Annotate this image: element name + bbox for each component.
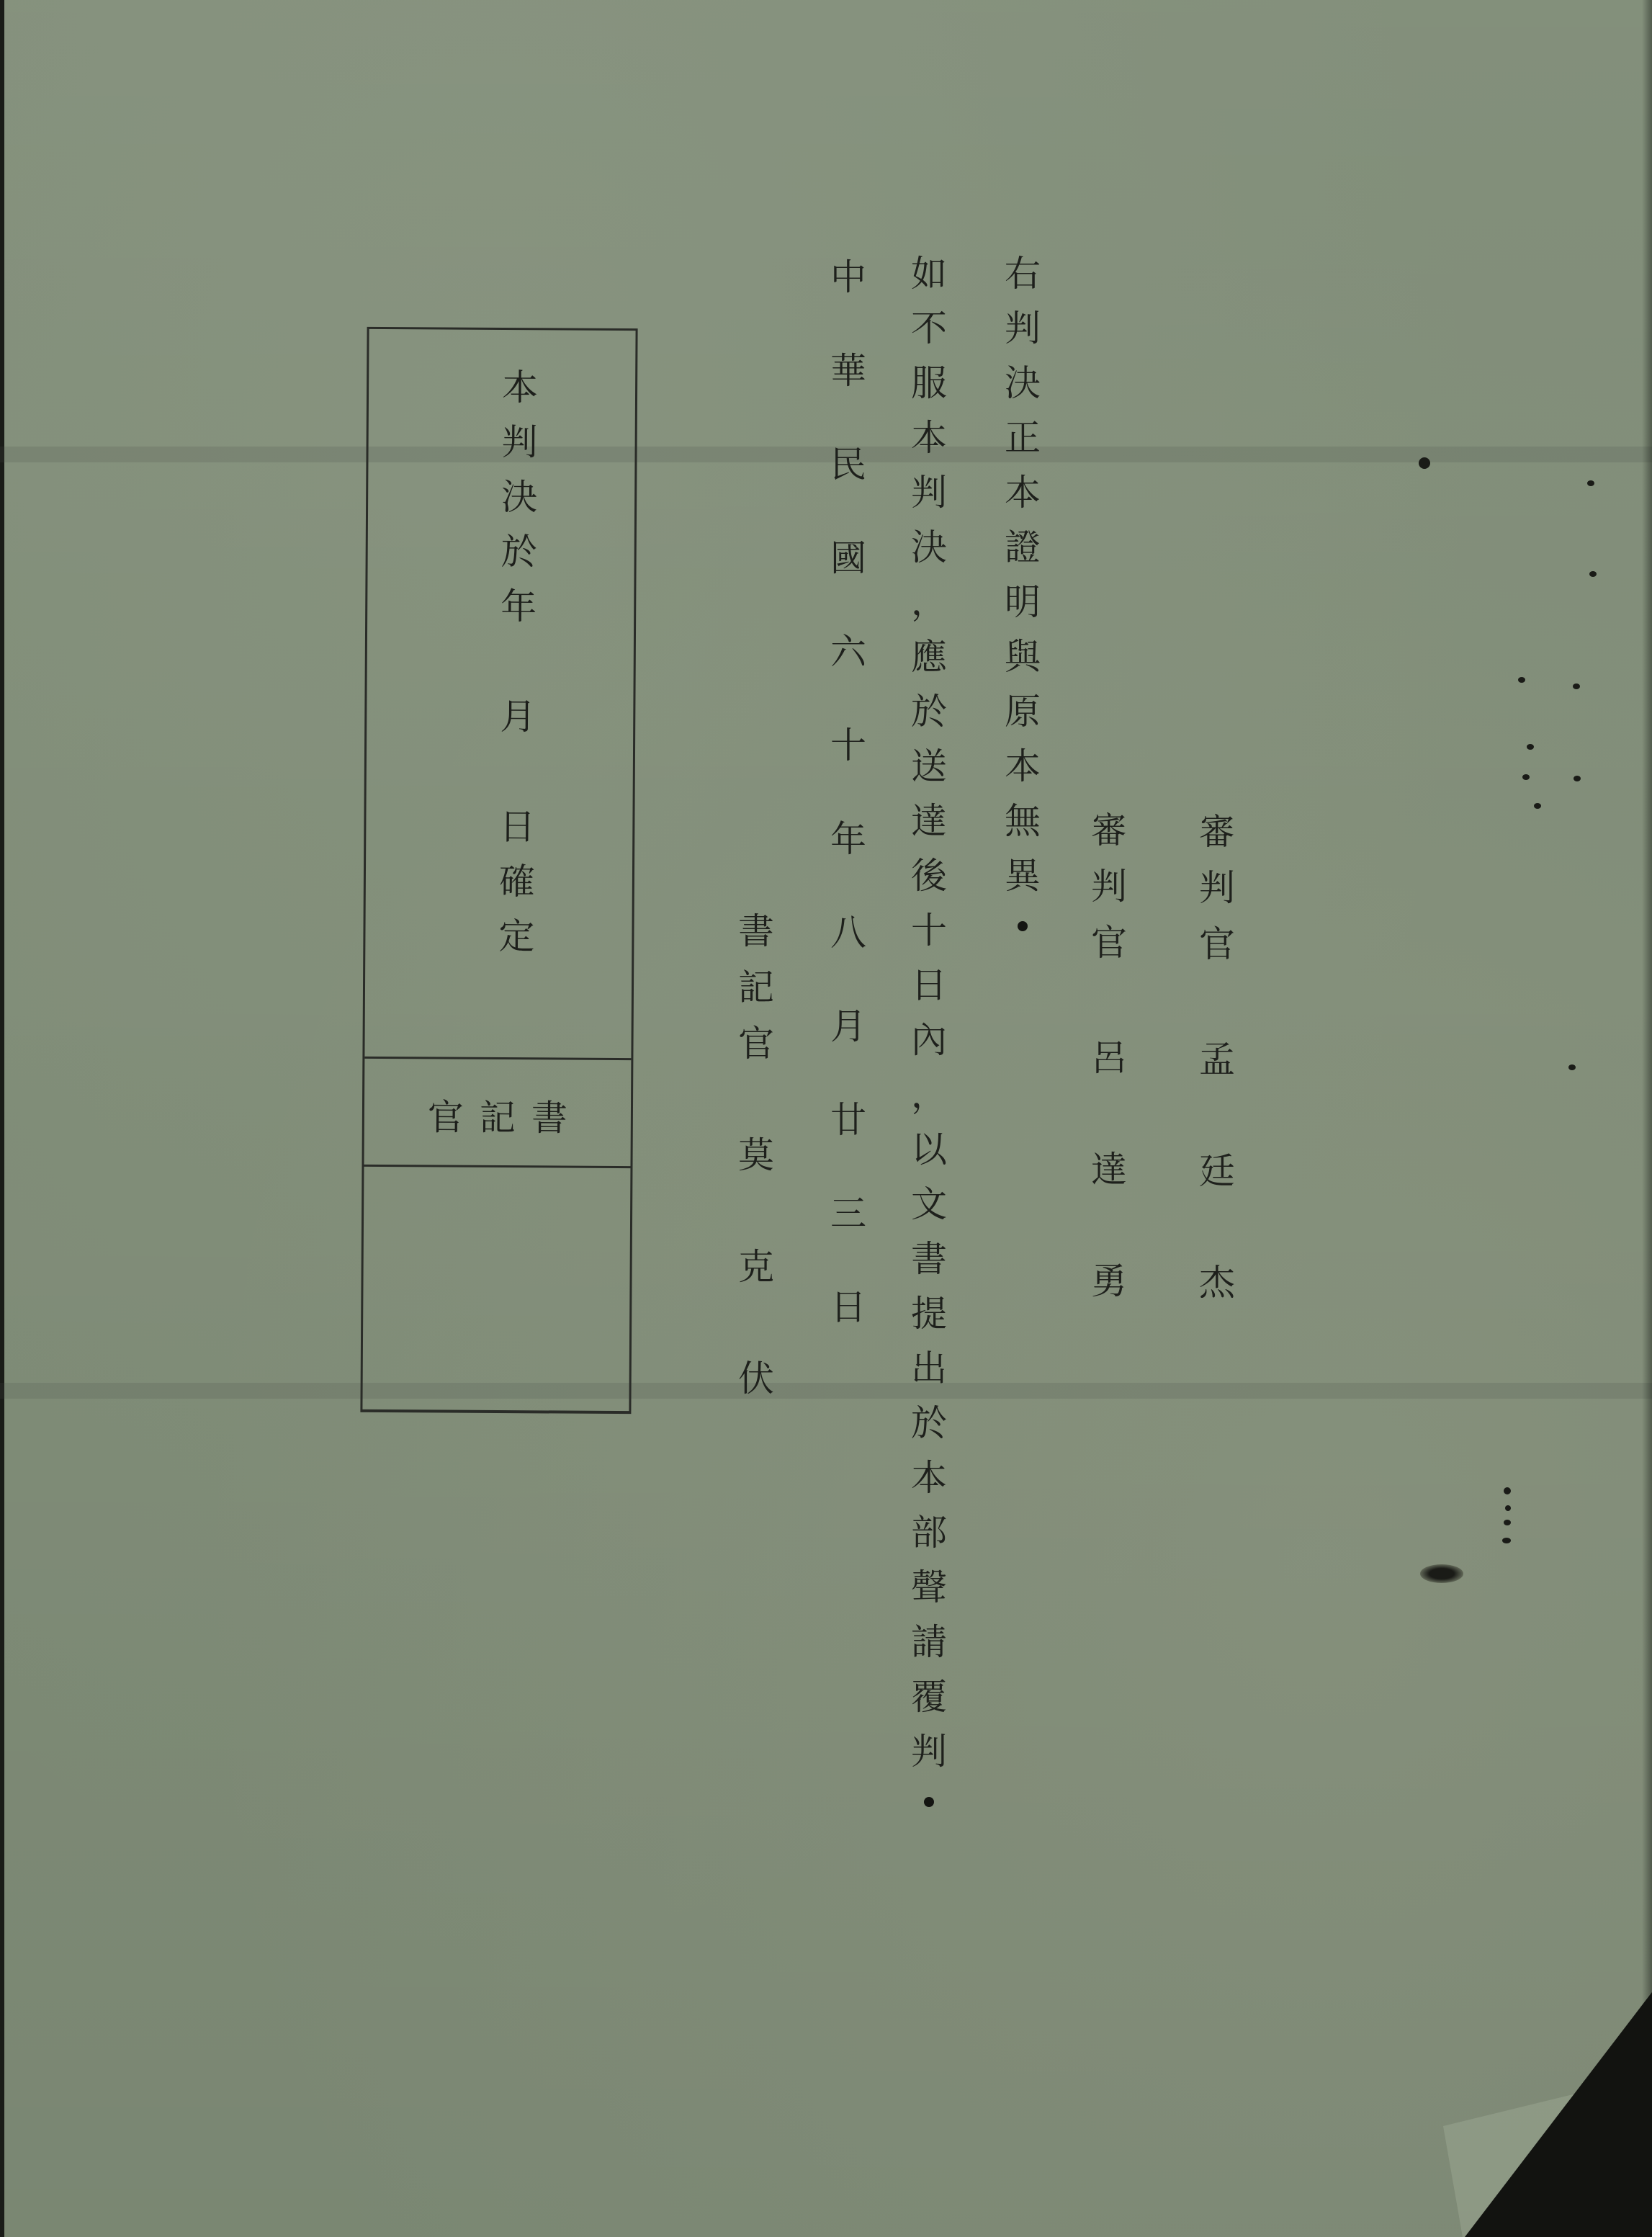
text-char: 判 xyxy=(490,424,548,460)
judge-title-char: 審 xyxy=(1080,812,1138,848)
clerk-name-char: 莫 xyxy=(727,1137,785,1173)
header-char: 書 xyxy=(531,1089,567,1141)
date-char: 八 xyxy=(820,915,877,951)
paper-spot xyxy=(1534,803,1541,809)
date-char: 年 xyxy=(820,821,877,857)
text-char: 服 xyxy=(900,365,958,401)
text-char: 達 xyxy=(900,803,958,839)
clerk-title-char: 官 xyxy=(727,1026,785,1062)
text-char: 本 xyxy=(994,475,1051,511)
text-char: 本 xyxy=(900,1460,958,1496)
certification-column: 右 判 決 正 本 證 明 與 原 本 無 異 xyxy=(994,256,1051,931)
text-char: 明 xyxy=(994,584,1051,620)
clerk-title-char: 書 xyxy=(727,913,785,949)
paper-spot xyxy=(1573,683,1580,689)
text-char: 判 xyxy=(994,310,1051,346)
text-char: 於 xyxy=(900,1405,958,1441)
judge-name-char: 呂 xyxy=(1080,1040,1138,1076)
text-char: 正 xyxy=(994,420,1051,456)
date-char: 民 xyxy=(820,447,877,483)
text-char: 異 xyxy=(994,858,1051,894)
clerk-signature-area xyxy=(362,1168,630,1407)
date-char: 十 xyxy=(820,727,877,763)
text-char: 日 xyxy=(900,967,958,1003)
text-char: 證 xyxy=(994,529,1051,565)
clerk-name-char: 克 xyxy=(727,1249,785,1285)
text-char: 出 xyxy=(900,1350,958,1386)
scan-edge xyxy=(0,0,4,2237)
year-label: 年 xyxy=(490,588,547,624)
text-char: 書 xyxy=(900,1241,958,1277)
paper-spot xyxy=(1518,677,1525,683)
paper-spot xyxy=(1504,1520,1511,1525)
judge-name-char: 廷 xyxy=(1188,1153,1246,1189)
paper-spot xyxy=(1522,774,1530,780)
text-char: 右 xyxy=(994,256,1051,292)
paper-spot xyxy=(1589,571,1597,577)
comma-mark: ， xyxy=(900,584,958,620)
paper-spot xyxy=(1504,1487,1511,1494)
text-char: 應 xyxy=(900,639,958,675)
text-char: 不 xyxy=(900,310,958,346)
paper-spot xyxy=(1587,480,1594,486)
paper-spot xyxy=(1527,744,1534,750)
paper-stain xyxy=(1420,1564,1463,1583)
finality-box: 本 判 決 於 年 月 日 確 定 官 記 書 xyxy=(360,327,637,1414)
paper-spot xyxy=(1502,1538,1511,1543)
date-char: 廿 xyxy=(820,1102,877,1138)
judge-name-char: 杰 xyxy=(1188,1265,1246,1301)
text-char: 請 xyxy=(900,1624,958,1660)
clerk-column: 書 記 官 莫 克 伏 xyxy=(727,913,785,1397)
dark-corner xyxy=(1465,1992,1652,2237)
appeal-notice-column: 如 不 服 本 判 決 ， 應 於 送 達 後 十 日 內 ， 以 文 書 提 … xyxy=(900,256,958,1807)
period-mark xyxy=(924,1797,934,1807)
text-char: 判 xyxy=(900,475,958,511)
judge-title-char: 判 xyxy=(1080,869,1138,905)
judge-title-char: 審 xyxy=(1188,814,1246,850)
date-column: 中 華 民 國 六 十 年 八 月 廿 三 日 xyxy=(820,259,877,1325)
text-char: 於 xyxy=(900,694,958,730)
paper-spot xyxy=(1419,457,1430,469)
text-char: 判 xyxy=(900,1734,958,1770)
date-char: 三 xyxy=(820,1196,877,1232)
text-char: 以 xyxy=(900,1131,958,1167)
text-char: 如 xyxy=(900,256,958,292)
date-char: 六 xyxy=(820,634,877,670)
clerk-title-char: 記 xyxy=(727,969,785,1005)
text-char: 覆 xyxy=(900,1679,958,1715)
paper-spot xyxy=(1574,776,1581,781)
text-char: 定 xyxy=(488,918,545,954)
text-char: 文 xyxy=(900,1186,958,1222)
date-char: 月 xyxy=(820,1008,877,1044)
judge-title-char: 官 xyxy=(1188,926,1246,962)
text-char: 送 xyxy=(900,748,958,784)
text-char: 部 xyxy=(900,1515,958,1551)
header-char: 記 xyxy=(480,1089,516,1141)
text-char: 確 xyxy=(488,864,546,900)
text-char: 決 xyxy=(994,365,1051,401)
judge-name-char: 達 xyxy=(1080,1152,1138,1188)
date-char: 中 xyxy=(820,259,877,295)
text-char: 聲 xyxy=(900,1569,958,1605)
clerk-name-char: 伏 xyxy=(727,1360,785,1397)
paper-spot xyxy=(1505,1505,1511,1511)
judge-1-column: 審 判 官 孟 廷 杰 xyxy=(1188,814,1246,1301)
judge-2-column: 審 判 官 呂 達 勇 xyxy=(1080,812,1138,1299)
text-char: 內 xyxy=(900,1022,958,1058)
text-char: 原 xyxy=(994,694,1051,730)
comma-mark: ， xyxy=(900,1077,958,1113)
text-char: 本 xyxy=(994,748,1051,784)
period-mark xyxy=(1018,921,1028,931)
judge-title-char: 判 xyxy=(1188,870,1246,906)
text-char: 無 xyxy=(994,803,1051,839)
text-char: 與 xyxy=(994,639,1051,675)
paper-spot xyxy=(1568,1064,1576,1070)
date-char: 日 xyxy=(820,1289,877,1325)
judge-name-char: 勇 xyxy=(1080,1263,1138,1299)
text-char: 決 xyxy=(900,529,958,565)
day-label: 日 xyxy=(488,809,546,845)
text-char: 後 xyxy=(900,858,958,894)
text-char: 決 xyxy=(490,479,548,515)
judge-title-char: 官 xyxy=(1080,925,1138,961)
paper-fold-line xyxy=(0,1383,1652,1399)
judge-name-char: 孟 xyxy=(1188,1041,1246,1077)
date-char: 華 xyxy=(820,353,877,389)
text-char: 於 xyxy=(490,534,548,570)
text-char: 本 xyxy=(900,420,958,456)
finality-statement: 本 判 決 於 年 月 日 確 定 xyxy=(488,369,549,954)
text-char: 本 xyxy=(491,369,549,405)
text-char: 十 xyxy=(900,913,958,949)
header-char: 官 xyxy=(428,1088,464,1140)
scan-edge-shadow xyxy=(1642,0,1652,2237)
month-label: 月 xyxy=(489,699,547,735)
box-divider xyxy=(364,1057,631,1060)
text-char: 提 xyxy=(900,1296,958,1332)
box-header-row: 官 記 書 xyxy=(364,1064,632,1166)
date-char: 國 xyxy=(820,540,877,576)
